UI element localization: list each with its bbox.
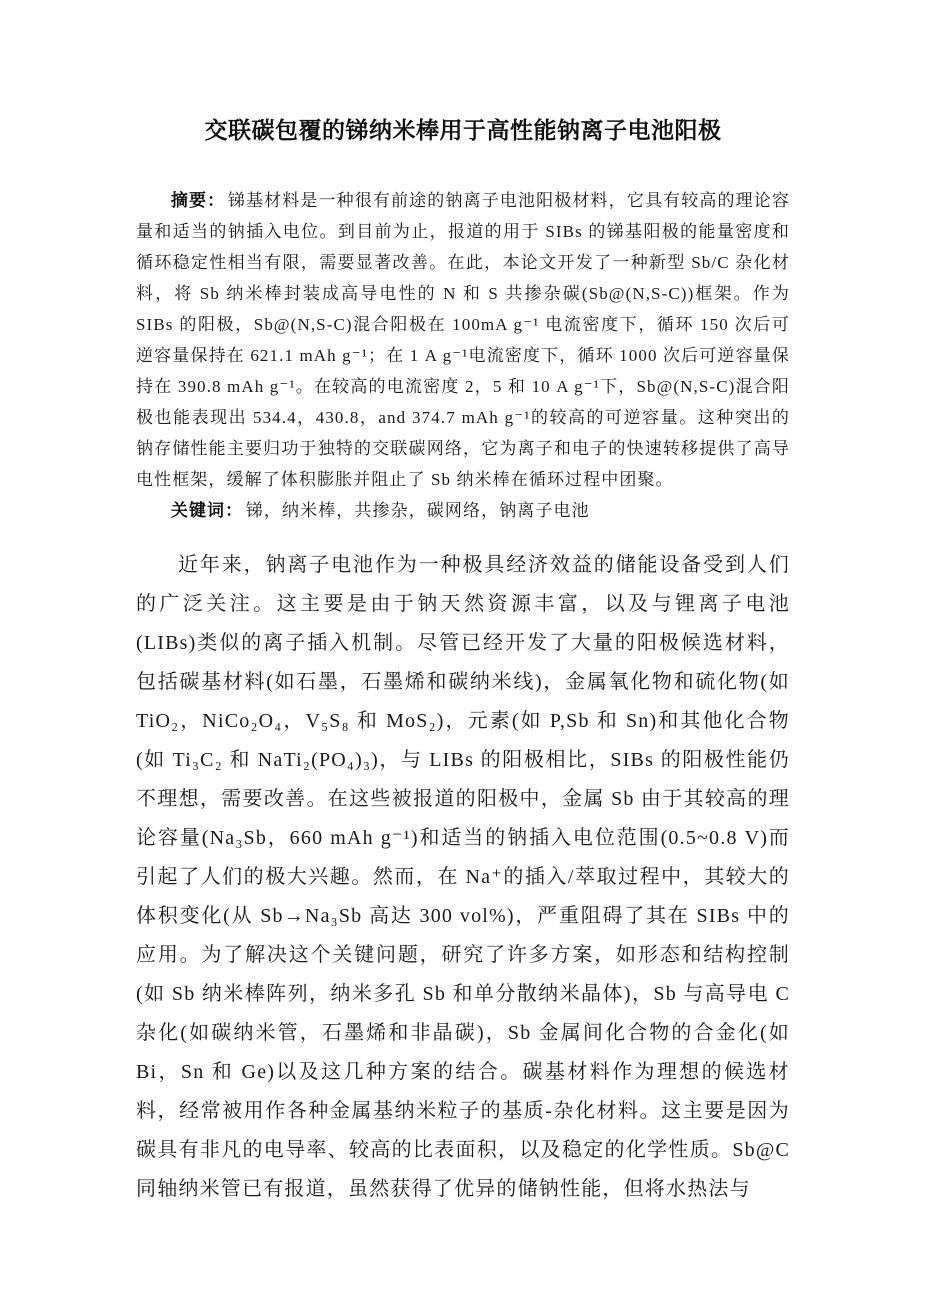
- keywords-text: 锑，纳米棒，共掺杂，碳网络，钠离子电池: [246, 501, 590, 520]
- abstract-label: 摘要：: [171, 191, 225, 210]
- keywords-line: 关键词：锑，纳米棒，共掺杂，碳网络，钠离子电池: [136, 495, 790, 526]
- body-paragraph: 近年来，钠离子电池作为一种极具经济效益的储能设备受到人们的广泛关注。这主要是由于…: [136, 546, 790, 1209]
- keywords-label: 关键词：: [171, 501, 243, 520]
- abstract-text: 锑基材料是一种很有前途的钠离子电池阳极材料，它具有较高的理论容量和适当的钠插入电…: [136, 191, 790, 489]
- document-title: 交联碳包覆的锑纳米棒用于高性能钠离子电池阳极: [136, 113, 790, 149]
- document-page: 交联碳包覆的锑纳米棒用于高性能钠离子电池阳极 摘要：锑基材料是一种很有前途的钠离…: [0, 0, 926, 1309]
- abstract-paragraph: 摘要：锑基材料是一种很有前途的钠离子电池阳极材料，它具有较高的理论容量和适当的钠…: [136, 185, 790, 495]
